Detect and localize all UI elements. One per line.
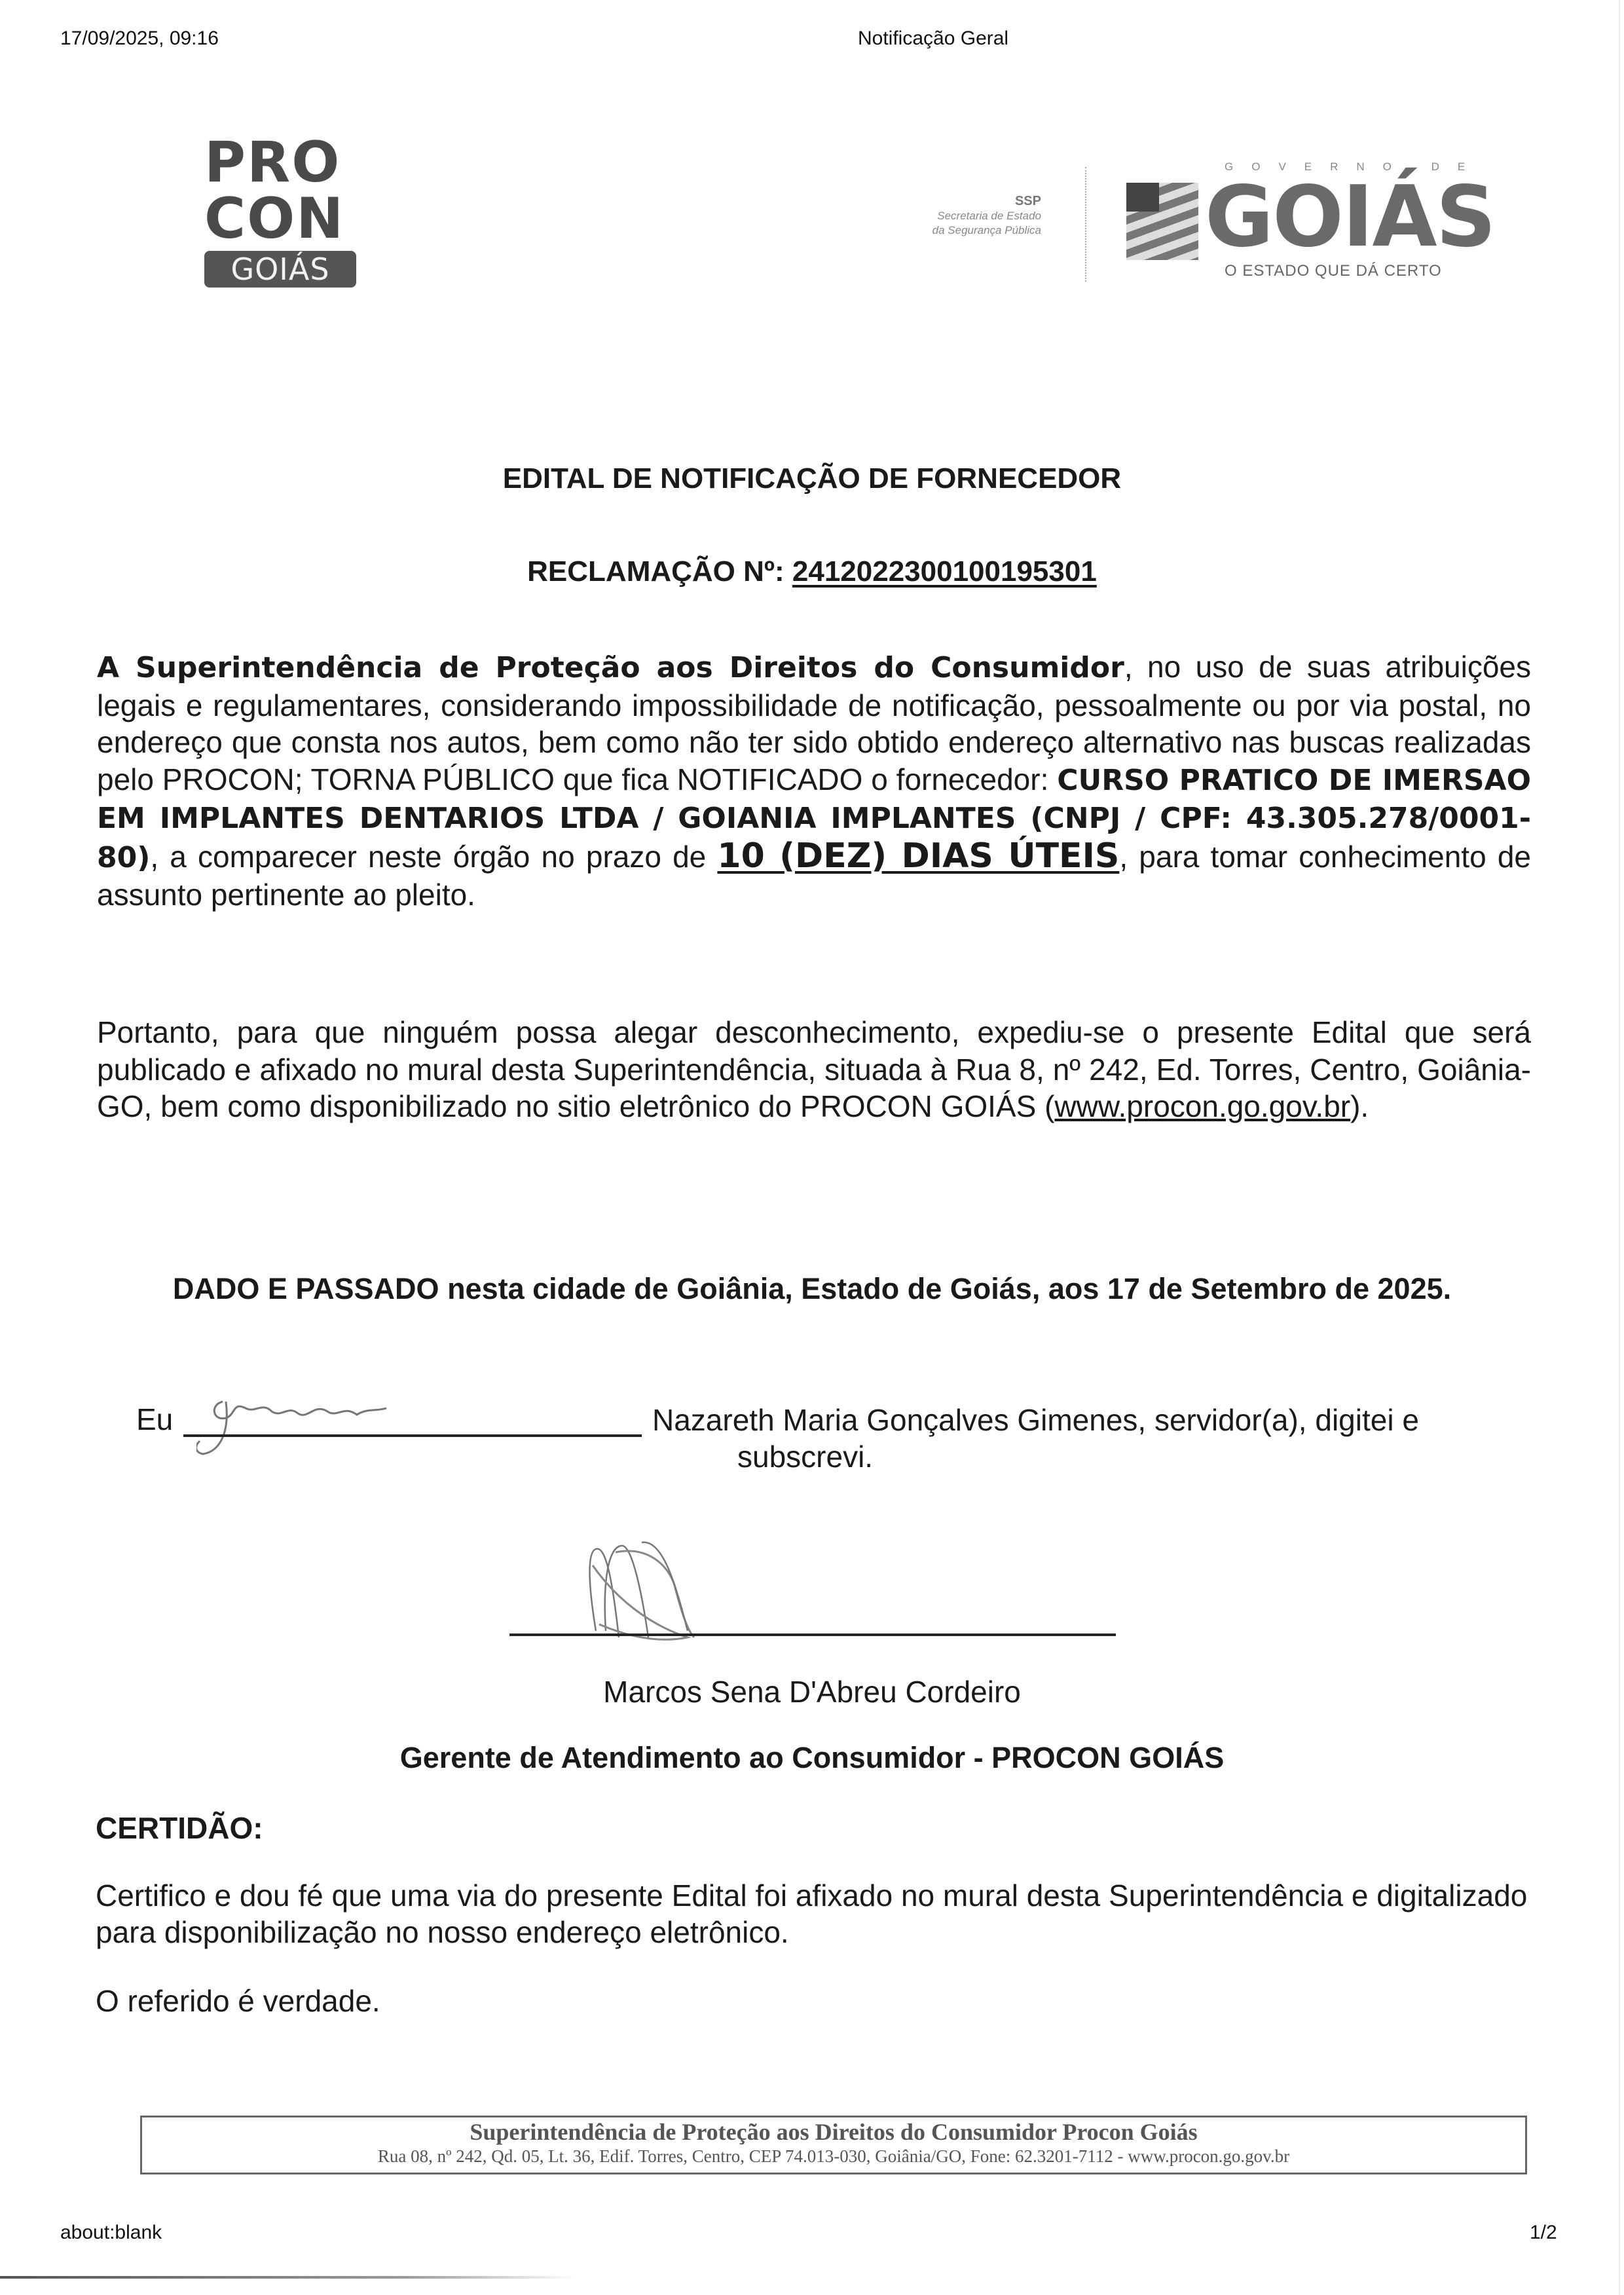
ssp-abbr: SSP	[877, 194, 1041, 209]
certificate-text: Certifico e dou fé que uma via do presen…	[96, 1877, 1530, 1950]
manager-signature-icon	[576, 1539, 747, 1654]
p1-text-2: , a comparecer neste órgão no prazo de	[150, 840, 717, 874]
scan-edge	[1619, 0, 1620, 2295]
print-datetime: 17/09/2025, 09:16	[60, 28, 219, 50]
certificate-closing: O referido é verdade.	[96, 1983, 380, 2019]
dated-text: nesta cidade de Goiânia, Estado de Goiás…	[439, 1272, 1452, 1305]
procon-website-link[interactable]: www.procon.go.gov.br	[1054, 1089, 1350, 1123]
logo-line-con: CON	[204, 191, 361, 247]
complaint-number-line: RECLAMAÇÃO Nº: 2412022300100195301	[0, 555, 1624, 588]
print-url: about:blank	[60, 2222, 162, 2244]
letterhead-footer: Superintendência de Proteção aos Direito…	[140, 2116, 1527, 2174]
document-title: EDITAL DE NOTIFICAÇÃO DE FORNECEDOR	[0, 462, 1624, 495]
complaint-label: RECLAMAÇÃO Nº:	[527, 555, 784, 588]
ssp-line-1: Secretaria de Estado	[877, 209, 1041, 223]
footer-agency: Superintendência de Proteção aos Direito…	[142, 2119, 1525, 2145]
notification-paragraph: A Superintendência de Proteção aos Direi…	[97, 648, 1531, 914]
typist-line-1: Nazareth Maria Gonçalves Gimenes, servid…	[652, 1403, 1419, 1437]
signer-role: Gerente de Atendimento ao Consumidor - P…	[0, 1741, 1624, 1775]
ssp-logo: SSP Secretaria de Estado da Segurança Pú…	[877, 194, 1041, 238]
logo-line-pro: PRO	[204, 134, 361, 191]
agency-name: A Superintendência de Proteção aos Direi…	[97, 651, 1124, 684]
procon-goias-logo: PRO CON GOIÁS	[204, 134, 361, 288]
typist-statement: Nazareth Maria Gonçalves Gimenes, servid…	[652, 1402, 1517, 1475]
print-title: Notificação Geral	[858, 28, 1008, 50]
goias-flag-icon	[1126, 183, 1198, 260]
dated-statement: DADO E PASSADO nesta cidade de Goiânia, …	[138, 1269, 1486, 1309]
typist-signature-icon	[196, 1389, 432, 1461]
manager-signature-line	[509, 1633, 1116, 1636]
eu-label: Eu	[136, 1402, 173, 1437]
deadline: 10 (DEZ) DIAS ÚTEIS	[717, 836, 1119, 876]
ssp-line-2: da Segurança Pública	[877, 223, 1041, 238]
certificate-title: CERTIDÃO:	[96, 1810, 263, 1846]
governo-goias-logo: GOVERNO DE GOIÁS O ESTADO QUE DÁ CERTO	[1126, 160, 1493, 280]
complaint-number: 2412022300100195301	[792, 555, 1097, 588]
goias-wordmark: GOIÁS	[1205, 168, 1495, 266]
typist-line-2: subscrevi.	[652, 1438, 1517, 1475]
logo-divider	[1085, 167, 1086, 282]
scan-artifact	[0, 2276, 576, 2279]
publication-paragraph: Portanto, para que ninguém possa alegar …	[97, 1014, 1531, 1125]
signer-name: Marcos Sena D'Abreu Cordeiro	[0, 1674, 1624, 1709]
print-page-number: 1/2	[1530, 2222, 1557, 2244]
logo-tag-goias: GOIÁS	[204, 251, 356, 288]
footer-address: Rua 08, nº 242, Qd. 05, Lt. 36, Edif. To…	[142, 2145, 1525, 2167]
p2-text-2: ).	[1350, 1089, 1369, 1123]
typist-signature-line	[183, 1434, 642, 1437]
dated-bold: DADO E PASSADO	[173, 1272, 439, 1305]
